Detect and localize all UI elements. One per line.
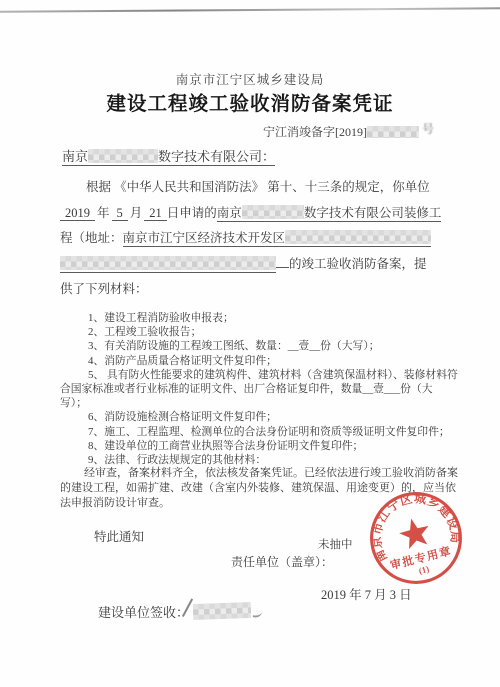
body-line-1: 根据 《中华人民共和国消防法》 第十、十三条的规定，你单位 (60, 175, 454, 201)
document-number-prefix: 宁江消竣备字[2019] (263, 125, 367, 139)
document-page: 南京市江宁区城乡建设局 建设工程竣工验收消防备案凭证 宁江消竣备字[2019]号… (0, 0, 500, 687)
body-paragraph: 根据 《中华人民共和国消防法》 第十、十三条的规定，你单位 2019年5月21日… (60, 175, 454, 303)
application-day: 21 (144, 206, 167, 221)
project-name-underline-group: 南京数字技术有限公司装修工 (217, 206, 442, 222)
responsible-unit-label: 责任单位（盖章）： (231, 553, 333, 570)
notice-text: 特此通知 (94, 527, 144, 545)
recipient-suffix: 数字技术有限公司： (158, 149, 275, 164)
recipient-underline-group: 南京数字技术有限公司： (62, 149, 275, 166)
issue-date: 2019 年 7 月 3 日 (321, 585, 412, 603)
official-seal: 南京市江宁区城乡建设局 审批专用章 (1) (367, 489, 465, 587)
recipient-prefix: 南京 (62, 149, 88, 164)
signature-row: 建设单位签收： (98, 602, 251, 621)
body-line-5: 供了下列材料： (60, 277, 454, 303)
redacted-company-name (88, 149, 158, 163)
year-label: 年 (97, 206, 110, 220)
material-item-6: 6、消防设施检测合格证明文件复印件； (60, 410, 458, 424)
application-year: 2019 (60, 206, 95, 221)
document-number: 宁江消竣备字[2019]号 (263, 123, 434, 140)
document-title: 建设工程竣工验收消防备案凭证 (0, 88, 500, 116)
star-icon (396, 515, 432, 551)
body-line-4: 的竣工验收消防备案，提 (60, 252, 454, 278)
material-item-5: 5、 具有防火性能要求的建筑构件、建筑材料（含建筑保温材料）、装修材料符合国家标… (60, 368, 458, 411)
filing-suffix: 的竣工验收消防备案，提 (289, 257, 427, 271)
scan-artifact-line (0, 7, 500, 12)
material-item-4: 4、消防产品质量合格证明文件复印件； (60, 354, 458, 368)
month-label: 月 (130, 206, 143, 220)
material-item-8: 8、建设单位的工商营业执照等合法身份证明文件复印件； (60, 439, 458, 453)
address-underline-group2 (60, 257, 276, 273)
project-name-suffix: 数字技术有限公司装修工 (304, 206, 442, 220)
address-underline-group: 南京市江宁区经济技术开发区 (123, 231, 432, 247)
material-item-3: 3、有关消防设施的工程竣工图纸、数量：__壹__份（大写）； (60, 339, 458, 353)
day-label: 日申请的 (167, 206, 217, 220)
material-item-2: 2、工程竣工验收报告； (60, 325, 458, 339)
material-item-7: 7、施工、工程监理、检测单位的合法身份证明和资质等级证明文件复印件； (60, 425, 458, 439)
redacted-address-part1 (285, 230, 431, 244)
signature-label: 建设单位签收： (98, 605, 189, 620)
redacted-signature (193, 602, 252, 620)
redacted-project-name (242, 205, 304, 219)
project-name-prefix: 南京 (217, 206, 242, 220)
blank-underline (276, 254, 289, 268)
materials-list: 1、建设工程消防验收申报表； 2、工程竣工验收报告； 3、有关消防设施的工程竣工… (60, 311, 458, 467)
address-prefix: 程（地址： (60, 231, 123, 245)
body-line-2: 2019年5月21日申请的南京数字技术有限公司装修工 (60, 201, 454, 227)
redacted-address-part2 (60, 256, 276, 270)
not-drawn-status: 未抽中 (318, 536, 353, 552)
recipient-line: 南京数字技术有限公司： (62, 146, 275, 165)
project-address: 南京市江宁区经济技术开发区 (123, 231, 286, 245)
redacted-document-number (367, 126, 419, 138)
document-number-suffix: 号 (422, 120, 434, 137)
issuing-agency: 南京市江宁区城乡建设局 (0, 70, 500, 88)
material-item-1: 1、建设工程消防验收申报表； (60, 311, 458, 325)
body-line-3: 程（地址：南京市江宁区经济技术开发区 (60, 226, 454, 252)
application-month: 5 (112, 206, 128, 221)
seal-number: (1) (418, 564, 430, 576)
